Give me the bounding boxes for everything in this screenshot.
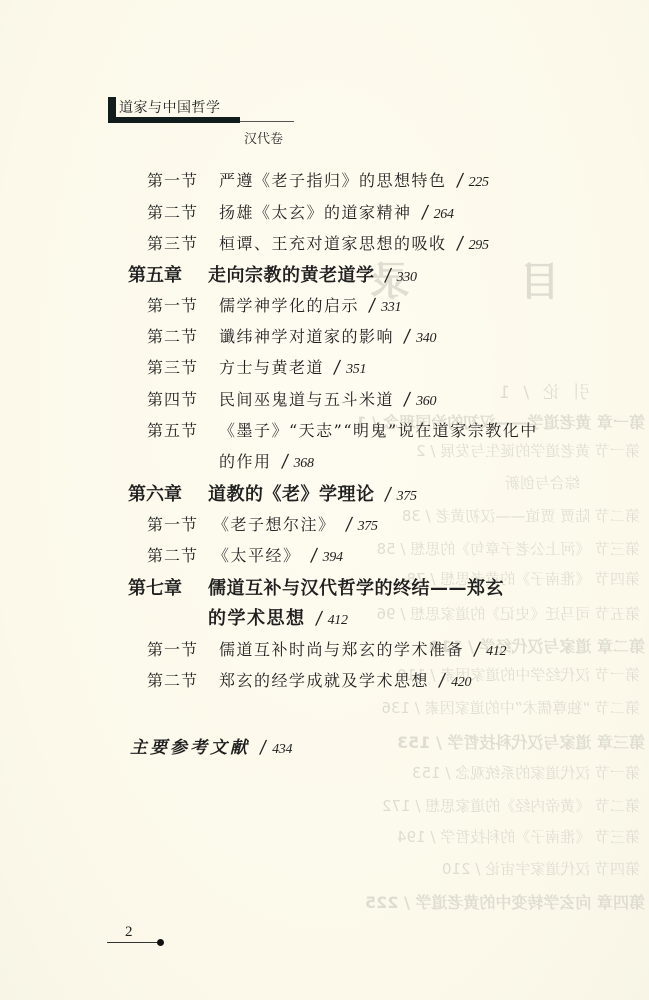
toc-entry-section[interactable]: 第二节 郑玄的经学成就及学术思想 / 420 [147, 668, 471, 691]
chapter-title: 走向宗教的黄老道学 [208, 261, 375, 287]
folio-dot-ornament [157, 939, 164, 946]
section-label: 第一节 [147, 293, 219, 316]
volume-title: 汉代卷 [244, 128, 283, 147]
page-number: 360 [416, 394, 436, 410]
toc-entry-chapter[interactable]: 第五章 走向宗教的黄老道学 / 330 [128, 261, 417, 287]
ghost-line: 第四节 汉代道家宇宙论 / 210 [442, 858, 640, 879]
page-number: 434 [272, 742, 292, 758]
toc-entry-section[interactable]: 第四节 民间巫鬼道与五斗米道 / 360 [147, 387, 436, 410]
separator: / [438, 670, 447, 691]
page-number: 412 [486, 644, 506, 660]
section-label: 第五节 [147, 418, 219, 441]
section-label: 第四节 [147, 387, 219, 410]
section-label: 第一节 [147, 637, 219, 660]
toc-entry-section[interactable]: 第二节 扬雄《太玄》的道家精神 / 264 [147, 200, 454, 223]
ghost-line: 第二节 陆贾 贾谊——汉初黄老 / 38 [402, 505, 640, 526]
separator: / [309, 545, 318, 566]
page-number: 394 [323, 550, 343, 566]
page-number: 295 [469, 238, 489, 254]
section-label: 第一节 [147, 512, 213, 535]
book-page: 目 录 引 论 / 1 第一章 黄老道学——汉初的治国理念 / 1 第一节 黄老… [0, 0, 649, 1000]
chapter-title: 儒道互补与汉代哲学的终结——郑玄 [208, 574, 504, 600]
ghost-line: 第二节 “独尊儒术”中的道家因素 / 136 [381, 697, 640, 718]
section-title: 儒道互补时尚与郑玄的学术准备 [219, 637, 464, 660]
toc-entry-references[interactable]: 主要参考文献 / 434 [130, 733, 292, 758]
ghost-line: 第三节 《河上公老子章句》的思想 / 58 [377, 538, 640, 559]
section-title: 严遵《老子指归》的思想特色 [219, 168, 447, 191]
separator: / [420, 202, 429, 223]
separator: / [455, 233, 464, 254]
toc-entry-section[interactable]: 第三节 桓谭、王充对道家思想的吸收 / 295 [147, 231, 489, 254]
page-folio: 2 [107, 924, 167, 948]
section-title: 《墨子》“天志”“明鬼”说在道家宗教化中 [219, 418, 538, 441]
separator: / [333, 357, 342, 378]
chapter-label: 第七章 [128, 574, 208, 600]
toc-entry-section[interactable]: 第二节 谶纬神学对道家的影响 / 340 [147, 324, 436, 347]
ghost-line: 第一节 黄老道学的诞生与发展 / 2 [416, 440, 640, 461]
toc-entry-section[interactable]: 第一节 儒道互补时尚与郑玄的学术准备 / 412 [147, 637, 506, 660]
header-bar-decoration [108, 117, 240, 123]
header-rule [240, 121, 294, 122]
page-number: 375 [358, 519, 378, 535]
toc-entry-section[interactable]: 第一节 《老子想尔注》 / 375 [147, 512, 378, 535]
toc-entry-continuation[interactable]: 的学术思想 / 412 [208, 604, 348, 630]
page-number: 412 [328, 613, 348, 629]
separator: / [280, 451, 289, 472]
separator: / [383, 265, 392, 286]
section-title: 《太平经》 [213, 543, 301, 566]
separator: / [473, 639, 482, 660]
references-title: 主要参考文献 [130, 733, 250, 758]
separator: / [455, 170, 464, 191]
toc-entry-chapter[interactable]: 第六章 道教的《老》学理论 / 375 [128, 480, 417, 506]
chapter-title: 道教的《老》学理论 [208, 480, 375, 506]
section-title: 儒学神学化的启示 [219, 293, 359, 316]
page-number: 375 [397, 489, 417, 505]
ghost-line: 第四章 向玄学转变中的黄老道学 / 225 [365, 890, 645, 913]
section-label: 第三节 [147, 231, 219, 254]
separator: / [344, 514, 353, 535]
separator: / [314, 608, 323, 629]
folio-page-number: 2 [125, 924, 133, 941]
folio-rule [107, 942, 159, 943]
section-title: 《老子想尔注》 [213, 512, 336, 535]
section-label: 第三节 [147, 355, 219, 378]
separator: / [403, 389, 412, 410]
ghost-line: 第三节 《淮南子》的科技哲学 / 194 [397, 826, 640, 847]
section-title: 扬雄《太玄》的道家精神 [219, 200, 412, 223]
ghost-line: 综合与创新 [505, 472, 580, 493]
separator: / [259, 737, 268, 758]
page-number: 225 [469, 175, 489, 191]
ghost-line: 引 论 / 1 [495, 378, 590, 403]
ghost-line: 第三章 道家与汉代科技哲学 / 153 [397, 730, 645, 753]
section-title: 郑玄的经学成就及学术思想 [219, 668, 429, 691]
section-label: 第二节 [147, 324, 219, 347]
separator: / [368, 295, 377, 316]
ghost-line: 第一节 汉代道家的系统观念 / 153 [412, 762, 640, 783]
toc-entry-continuation[interactable]: 的作用 / 368 [219, 449, 314, 472]
toc-entry-chapter[interactable]: 第七章 儒道互补与汉代哲学的终结——郑玄 [128, 574, 504, 600]
page-number: 368 [294, 456, 314, 472]
toc-entry-section[interactable]: 第一节 儒学神学化的启示 / 331 [147, 293, 401, 316]
section-title: 民间巫鬼道与五斗米道 [219, 387, 394, 410]
toc-entry-section[interactable]: 第三节 方士与黄老道 / 351 [147, 355, 366, 378]
page-number: 340 [416, 331, 436, 347]
section-title-continued: 的作用 [219, 449, 272, 472]
ghost-line: 第五节 司马迁《史记》的道家思想 / 96 [377, 603, 640, 624]
page-number: 351 [346, 362, 366, 378]
running-header: 道家与中国哲学 汉代卷 [108, 95, 308, 155]
chapter-title-continued: 的学术思想 [208, 604, 306, 630]
section-label: 第二节 [147, 543, 213, 566]
section-title: 桓谭、王充对道家思想的吸收 [219, 231, 447, 254]
section-label: 第二节 [147, 668, 219, 691]
page-number: 330 [397, 270, 417, 286]
chapter-label: 第六章 [128, 480, 208, 506]
toc-entry-section[interactable]: 第一节 严遵《老子指归》的思想特色 / 225 [147, 168, 489, 191]
series-title: 道家与中国哲学 [119, 97, 221, 117]
separator: / [403, 326, 412, 347]
chapter-label: 第五章 [128, 261, 208, 287]
page-number: 420 [451, 675, 471, 691]
toc-entry-section[interactable]: 第五节 《墨子》“天志”“明鬼”说在道家宗教化中 [147, 418, 538, 441]
separator: / [383, 484, 392, 505]
page-number: 331 [381, 300, 401, 316]
ghost-line: 第二节 《黄帝内经》的道家思想 / 172 [382, 795, 640, 816]
toc-entry-section[interactable]: 第二节 《太平经》 / 394 [147, 543, 343, 566]
section-label: 第二节 [147, 200, 219, 223]
page-number: 264 [434, 207, 454, 223]
section-title: 方士与黄老道 [219, 355, 324, 378]
section-title: 谶纬神学对道家的影响 [219, 324, 394, 347]
section-label: 第一节 [147, 168, 219, 191]
